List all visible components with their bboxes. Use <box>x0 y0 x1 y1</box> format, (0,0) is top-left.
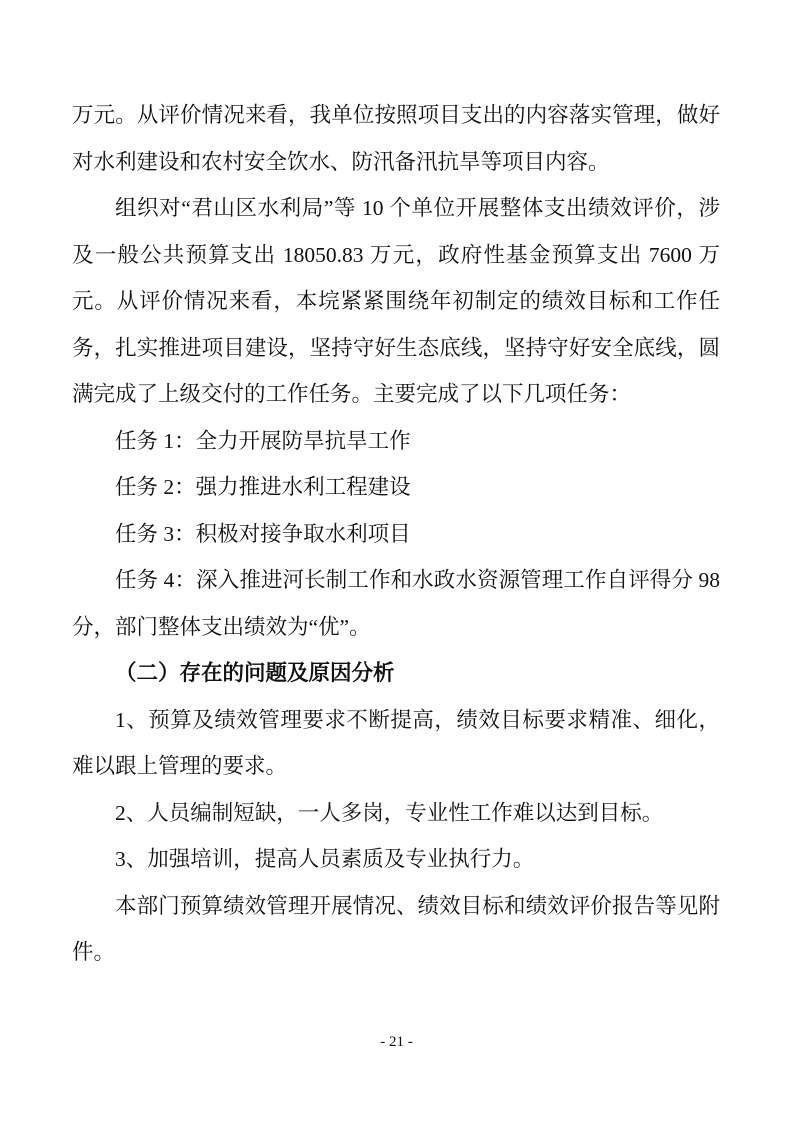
document-body: 万元。从评价情况来看，我单位按照项目支出的内容落实管理，做好对水利建设和农村安全… <box>72 92 720 976</box>
section-heading: （二）存在的问题及原因分析 <box>72 650 720 697</box>
paragraph: 任务 2：强力推进水利工程建设 <box>72 464 720 511</box>
page-footer: - 21 - <box>0 1032 793 1052</box>
paragraph: 任务 3：积极对接争取水利项目 <box>72 511 720 558</box>
document-page: 万元。从评价情况来看，我单位按照项目支出的内容落实管理，做好对水利建设和农村安全… <box>0 0 793 1122</box>
paragraph: 3、加强培训，提高人员素质及专业执行力。 <box>72 836 720 883</box>
paragraph: 万元。从评价情况来看，我单位按照项目支出的内容落实管理，做好对水利建设和农村安全… <box>72 92 720 185</box>
paragraph: 任务 4：深入推进河长制工作和水政水资源管理工作自评得分 98 分，部门整体支出… <box>72 557 720 650</box>
page-number: - 21 - <box>380 1034 413 1050</box>
paragraph: 2、人员编制短缺，一人多岗，专业性工作难以达到目标。 <box>72 790 720 837</box>
paragraph: 本部门预算绩效管理开展情况、绩效目标和绩效评价报告等见附件。 <box>72 883 720 976</box>
paragraph: 1、预算及绩效管理要求不断提高，绩效目标要求精准、细化，难以跟上管理的要求。 <box>72 697 720 790</box>
paragraph: 任务 1：全力开展防旱抗旱工作 <box>72 418 720 465</box>
paragraph: 组织对“君山区水利局”等 10 个单位开展整体支出绩效评价，涉及一般公共预算支出… <box>72 185 720 418</box>
